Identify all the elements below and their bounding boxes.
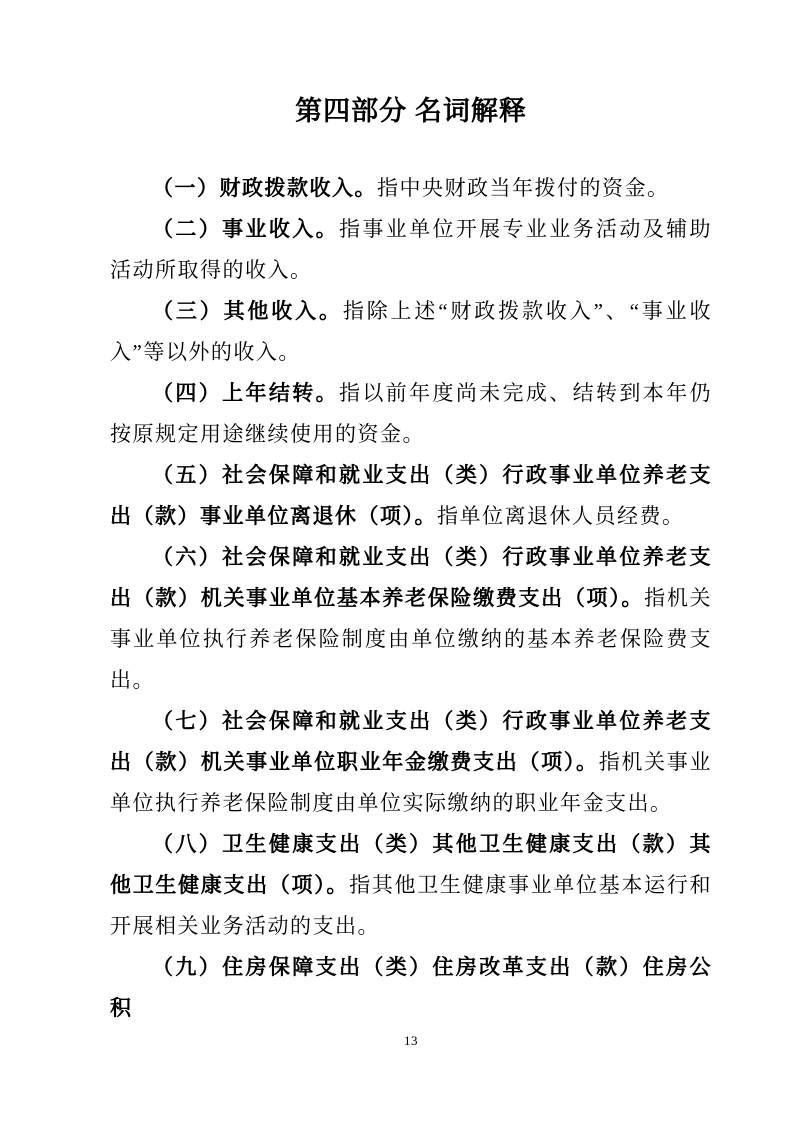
term-text: （九）住房保障支出（类）住房改革支出（款）住房公积 (110, 955, 712, 1020)
definition-paragraph: （四）上年结转。指以前年度尚未完成、结转到本年仍按原规定用途继续使用的资金。 (110, 373, 712, 455)
term-text: （六）社会保障和就业支出（类）行政事业单位养老支出（款）机关事业单位基本养老保险… (110, 545, 712, 610)
definition-paragraph: （八）卫生健康支出（类）其他卫生健康支出（款）其他卫生健康支出（项）。指其他卫生… (110, 824, 712, 947)
definition-paragraph: （二）事业收入。指事业单位开展专业业务活动及辅助活动所取得的收入。 (110, 209, 712, 291)
definition-paragraph: （六）社会保障和就业支出（类）行政事业单位养老支出（款）机关事业单位基本养老保险… (110, 537, 712, 701)
page-title: 第四部分 名词解释 (110, 94, 712, 128)
term-text: （二）事业收入。 (152, 217, 339, 241)
document-page: 第四部分 名词解释 （一）财政拨款收入。指中央财政当年拨付的资金。 （二）事业收… (0, 0, 794, 1123)
definition-paragraph: （一）财政拨款收入。指中央财政当年拨付的资金。 (110, 168, 712, 209)
definition-paragraph: （三）其他收入。指除上述“财政拨款收入”、“事业收入”等以外的收入。 (110, 291, 712, 373)
definition-text: 指中央财政当年拨付的资金。 (377, 176, 670, 200)
definition-paragraph: （七）社会保障和就业支出（类）行政事业单位养老支出（款）机关事业单位职业年金缴费… (110, 701, 712, 824)
term-text: （一）财政拨款收入。 (152, 176, 377, 200)
document-content: 第四部分 名词解释 （一）财政拨款收入。指中央财政当年拨付的资金。 （二）事业收… (110, 94, 712, 1029)
definition-paragraph: （五）社会保障和就业支出（类）行政事业单位养老支出（款）事业单位离退休（项）。指… (110, 455, 712, 537)
definition-text: 指单位离退休人员经费。 (437, 504, 685, 528)
term-text: （三）其他收入。 (152, 299, 343, 323)
term-text: （四）上年结转。 (152, 381, 339, 405)
definitions-list: （一）财政拨款收入。指中央财政当年拨付的资金。 （二）事业收入。指事业单位开展专… (110, 168, 712, 1029)
page-number: 13 (110, 1033, 712, 1049)
definition-paragraph: （九）住房保障支出（类）住房改革支出（款）住房公积 (110, 947, 712, 1029)
